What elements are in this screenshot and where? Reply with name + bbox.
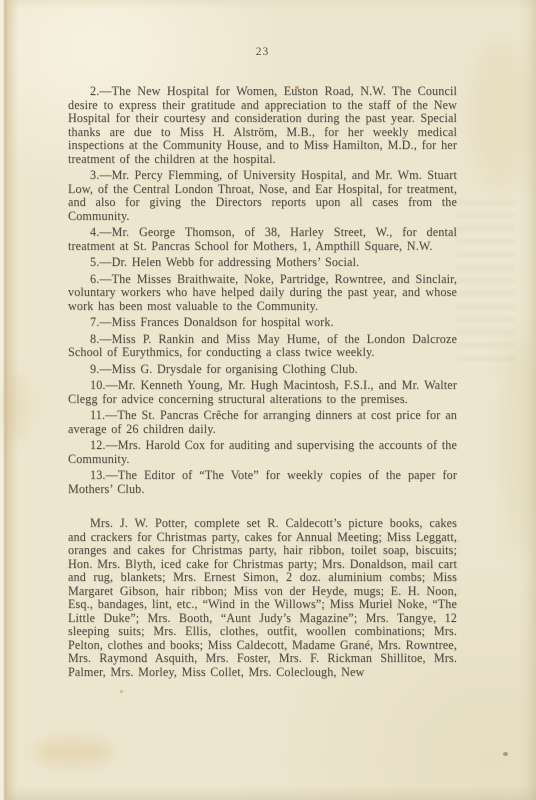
acknowledgment-item-2: 2.—The New Hospital for Women, Euston Ro…: [68, 85, 457, 166]
acknowledgment-item-6: 6.—The Misses Braithwaite, Noke, Partrid…: [68, 273, 457, 314]
acknowledgment-item-4: 4.—Mr. George Thomson, of 38, Harley Str…: [68, 226, 457, 253]
acknowledgment-item-5: 5.—Dr. Helen Webb for addressing Mothers…: [68, 256, 457, 270]
acknowledgment-item-11: 11.—The St. Pancras Crêche for arranging…: [68, 409, 457, 436]
acknowledgment-item-10: 10.—Mr. Kenneth Young, Mr. Hugh Macintos…: [68, 379, 457, 406]
acknowledgment-item-9: 9.—Miss G. Drysdale for organising Cloth…: [68, 363, 457, 377]
scanned-book-page: 23 2.—The New Hospital for Women, Euston…: [0, 0, 536, 800]
donations-paragraph: Mrs. J. W. Potter, complete set R. Calde…: [68, 517, 457, 679]
acknowledgment-item-13: 13.—The Editor of “The Vote” for weekly …: [68, 469, 457, 496]
page-content: 23 2.—The New Hospital for Women, Euston…: [68, 46, 457, 682]
print-show-through: [455, 200, 515, 370]
acknowledgment-item-7: 7.—Miss Frances Donaldson for hospital w…: [68, 316, 457, 330]
paper-stain: [2, 372, 28, 442]
paper-stain: [470, 40, 530, 190]
acknowledgment-item-8: 8.—Miss P. Rankin and Miss May Hume, of …: [68, 333, 457, 360]
paper-speck: [120, 690, 123, 693]
paper-speck: [503, 752, 508, 756]
acknowledgment-item-12: 12.—Mrs. Harold Cox for auditing and sup…: [68, 439, 457, 466]
acknowledgment-item-3: 3.—Mr. Percy Flemming, of University Hos…: [68, 169, 457, 223]
page-number: 23: [68, 46, 457, 58]
paper-stain: [500, 330, 536, 550]
paper-stain: [34, 738, 114, 766]
